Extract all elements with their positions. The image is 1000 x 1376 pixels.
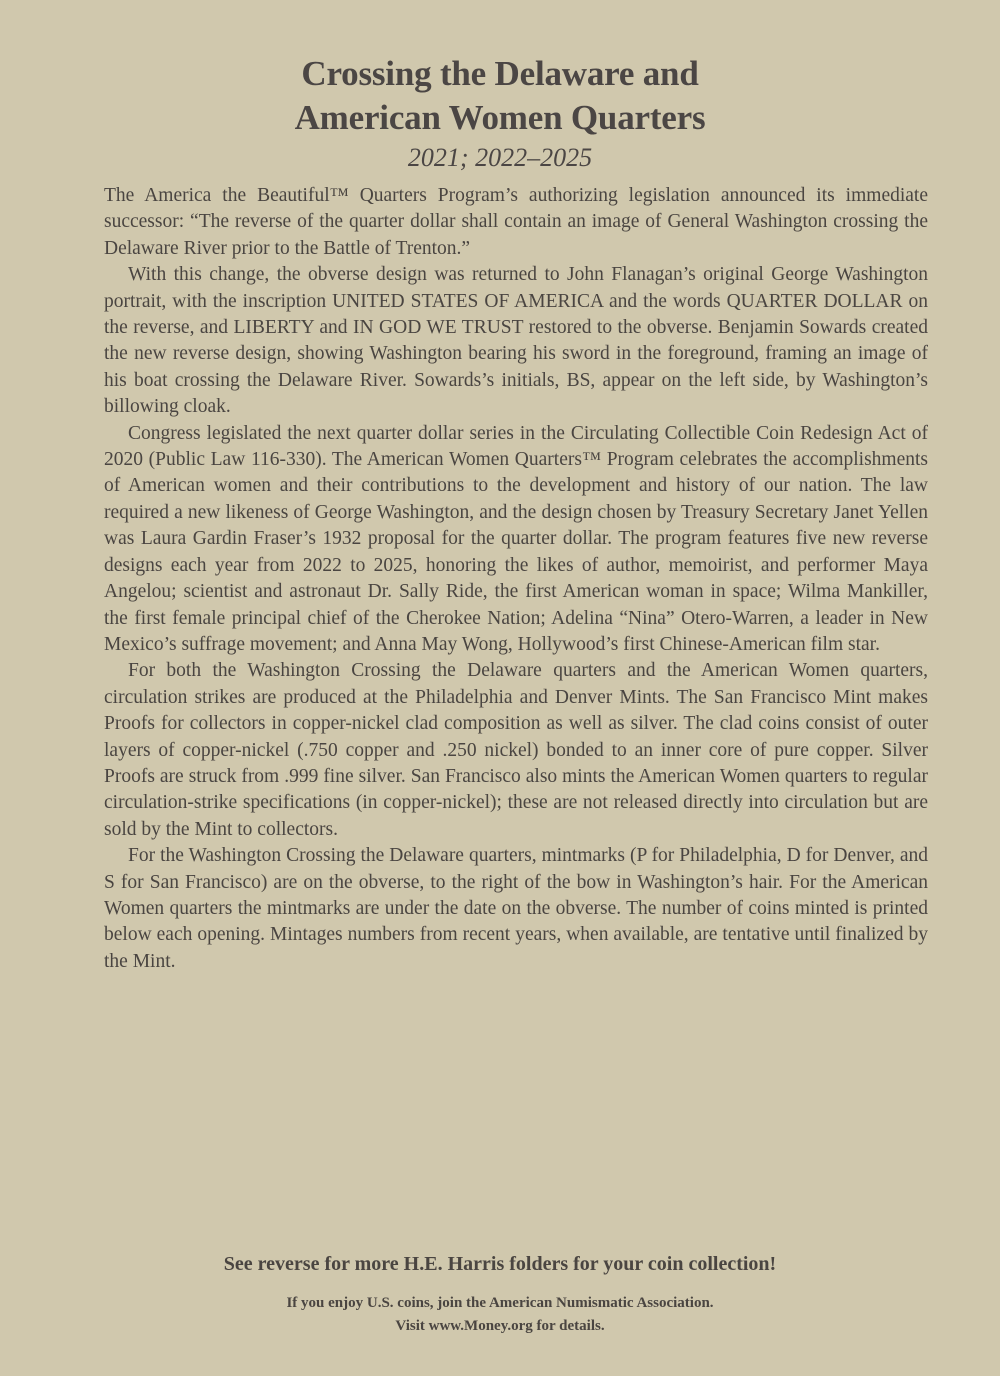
paragraph-mintmarks: For the Washington Crossing the Delaware… bbox=[104, 843, 928, 975]
body-text: The America the Beautiful™ Quarters Prog… bbox=[104, 183, 928, 975]
title-line-2: American Women Quarters bbox=[0, 96, 1000, 140]
reverse-folders-callout: See reverse for more H.E. Harris folders… bbox=[0, 1250, 1000, 1278]
document-page: Crossing the Delaware and American Women… bbox=[0, 0, 1000, 1376]
paragraph-mints-composition: For both the Washington Crossing the Del… bbox=[104, 658, 928, 843]
paragraph-american-women-program: Congress legislated the next quarter dol… bbox=[104, 421, 928, 659]
paragraph-intro: The America the Beautiful™ Quarters Prog… bbox=[104, 183, 928, 262]
page-title: Crossing the Delaware and American Women… bbox=[0, 52, 1000, 140]
paragraph-obverse-design: With this change, the obverse design was… bbox=[104, 262, 928, 420]
title-line-1: Crossing the Delaware and bbox=[0, 52, 1000, 96]
ana-join-line: If you enjoy U.S. coins, join the Americ… bbox=[0, 1292, 1000, 1315]
ana-notice: If you enjoy U.S. coins, join the Americ… bbox=[0, 1292, 1000, 1338]
ana-visit-line: Visit www.Money.org for details. bbox=[0, 1315, 1000, 1338]
page-subtitle-years: 2021; 2022–2025 bbox=[0, 142, 1000, 174]
